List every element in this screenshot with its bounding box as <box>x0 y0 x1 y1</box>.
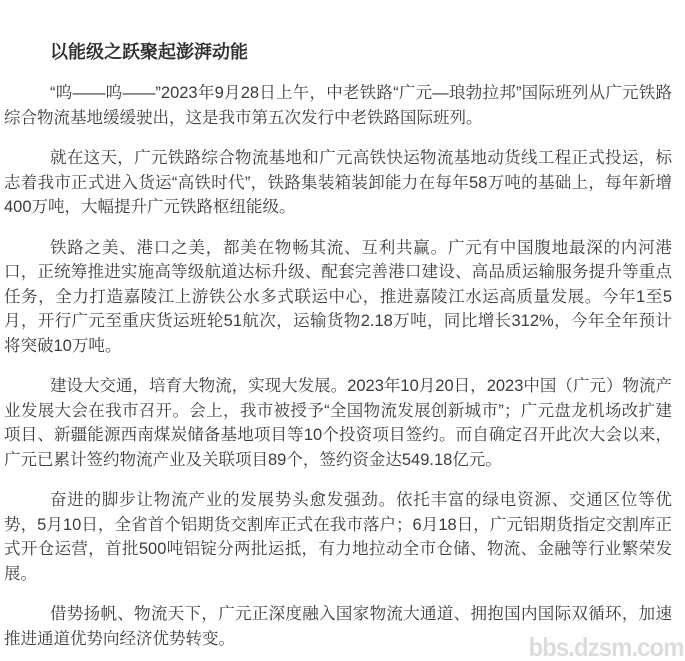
paragraph-3: 铁路之美、港口之美，都美在物畅其流、互利共赢。广元有中国腹地最深的内河港口，正统… <box>4 236 672 359</box>
paragraph-1: “呜——呜——”2023年9月28日上午，中老铁路“广元—琅勃拉邦”国际班列从广… <box>4 81 672 130</box>
site-watermark: bbs.dzsm.com <box>529 634 684 660</box>
article-page: 以能级之跃聚起澎湃动能 “呜——呜——”2023年9月28日上午，中老铁路“广元… <box>0 0 685 661</box>
paragraph-5: 奋进的脚步让物流产业的发展势头愈发强劲。依托丰富的绿电资源、交通区位等优势，5月… <box>4 488 672 586</box>
paragraph-4: 建设大交通，培育大物流，实现大发展。2023年10月20日，2023中国（广元）… <box>4 374 672 472</box>
article-title: 以能级之跃聚起澎湃动能 <box>4 40 672 65</box>
paragraph-2: 就在这天，广元铁路综合物流基地和广元高铁快运物流基地动货线工程正式投运，标志着我… <box>4 146 672 220</box>
